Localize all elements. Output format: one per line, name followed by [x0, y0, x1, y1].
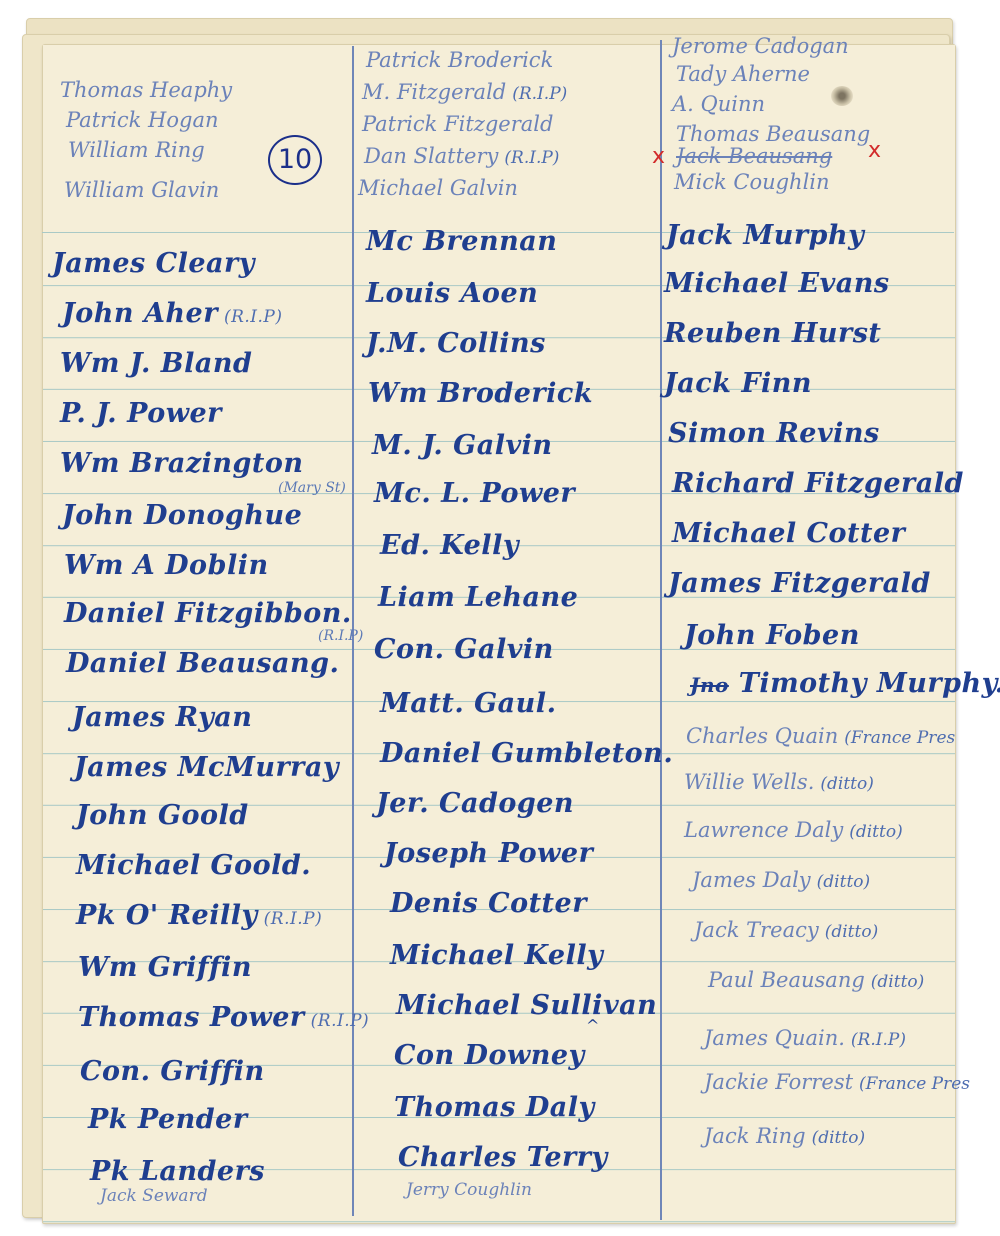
list-name: Simon Revins: [668, 418, 880, 449]
list-name: Willie Wells.(ditto): [684, 770, 874, 794]
header-name: M. Fitzgerald(R.I.P): [362, 80, 567, 104]
insertion-caret: ^: [586, 1016, 599, 1035]
list-name: Jack Finn: [664, 368, 812, 399]
list-name: Michael Kelly: [390, 940, 603, 971]
header-name: A. Quinn: [672, 92, 765, 116]
list-name: Liam Lehane: [378, 582, 578, 613]
list-name: Ed. Kelly: [380, 530, 519, 561]
column-divider: [660, 40, 662, 1220]
header-name: Patrick Fitzgerald: [362, 112, 553, 136]
list-name: Louis Aoen: [366, 278, 538, 309]
list-name: Pk Landers: [90, 1156, 265, 1187]
list-name: Daniel Gumbleton.: [380, 738, 673, 769]
header-name-struck: Jack Beausang: [676, 144, 832, 168]
list-name: Michael Evans: [664, 268, 890, 299]
header-name: Michael Galvin: [358, 176, 518, 200]
list-name: Jack Ring(ditto): [704, 1124, 865, 1148]
list-name: Pk O' Reilly(R.I.P): [76, 900, 322, 931]
list-name: Lawrence Daly(ditto): [684, 818, 903, 842]
list-name: M. J. Galvin: [372, 430, 553, 461]
footer-name: Jerry Coughlin: [406, 1180, 532, 1200]
list-name: Joseph Power: [384, 838, 593, 869]
list-name: James Cleary: [52, 248, 255, 279]
list-name: Michael Cotter: [672, 518, 905, 549]
header-name: William Glavin: [64, 178, 219, 202]
page-number-circle: 10: [268, 135, 322, 185]
header-name: Jerome Cadogan: [672, 34, 849, 58]
header-name: William Ring: [68, 138, 205, 162]
list-name: Jack Murphy: [666, 220, 864, 251]
list-name: John Foben: [684, 620, 860, 651]
list-name: Thomas Daly: [394, 1092, 595, 1123]
list-name: Richard Fitzgerald: [672, 468, 964, 499]
list-name: Wm Broderick: [368, 378, 593, 409]
list-name: Wm Brazington: [60, 448, 304, 479]
red-x-mark: x: [652, 144, 665, 169]
header-name: Mick Coughlin: [674, 170, 830, 194]
list-name: Mc. L. Power: [374, 478, 575, 509]
list-name: Jer. Cadogen: [376, 788, 574, 819]
list-name: Con. Griffin: [80, 1056, 265, 1087]
list-name: Reuben Hurst: [664, 318, 881, 349]
list-name: Jack Treacy(ditto): [694, 918, 878, 942]
red-x-mark: x: [868, 138, 881, 163]
list-name: James Daly(ditto): [692, 868, 870, 892]
list-name: James Fitzgerald: [668, 568, 931, 599]
list-name: Michael Goold.: [76, 850, 311, 881]
list-name: John Goold: [76, 800, 249, 831]
header-name: Patrick Broderick: [366, 48, 553, 72]
list-name: Con. Galvin: [374, 634, 554, 665]
list-name: James Ryan: [72, 702, 252, 733]
list-name: Wm A Doblin: [64, 550, 269, 581]
header-name: Tady Aherne: [676, 62, 810, 86]
list-name: Michael Sullivan: [396, 990, 657, 1021]
list-name: Pk Pender: [88, 1104, 248, 1135]
list-name: Mc Brennan: [366, 226, 557, 257]
punch-hole: [831, 86, 853, 106]
header-name: Thomas Heaphy: [60, 78, 232, 102]
list-name: P. J. Power: [60, 398, 222, 429]
list-name: James McMurray: [74, 752, 339, 783]
list-name: James Quain.(R.I.P): [704, 1026, 906, 1050]
list-name: Jackie Forrest(France Pres: [704, 1070, 970, 1094]
footer-name: Jack Seward: [100, 1186, 208, 1206]
list-name: J.M. Collins: [366, 328, 546, 359]
list-name: John Aher(R.I.P): [62, 298, 282, 329]
list-name: Daniel Beausang.: [66, 648, 339, 679]
header-name: Patrick Hogan: [66, 108, 219, 132]
header-name: Dan Slattery(R.I.P): [364, 144, 559, 168]
list-name: Wm Griffin: [78, 952, 252, 983]
list-name: Jno Timothy Murphy.: [690, 668, 1000, 699]
list-name: Charles Quain(France Pres: [686, 724, 955, 748]
list-name: Daniel Fitzgibbon.: [64, 598, 352, 629]
list-name: Paul Beausang(ditto): [708, 968, 924, 992]
list-name: Matt. Gaul.: [380, 688, 556, 719]
list-name-note: (Mary St): [278, 480, 346, 496]
list-name: Wm J. Bland: [60, 348, 252, 379]
list-name: Thomas Power(R.I.P): [78, 1002, 369, 1033]
list-name-note: (R.I.P): [318, 628, 363, 644]
list-name: Denis Cotter: [390, 888, 587, 919]
list-name: Con Downey: [394, 1040, 585, 1071]
list-name: Charles Terry: [398, 1142, 608, 1173]
header-name: Thomas Beausang: [676, 122, 870, 146]
list-name: John Donoghue: [62, 500, 302, 531]
